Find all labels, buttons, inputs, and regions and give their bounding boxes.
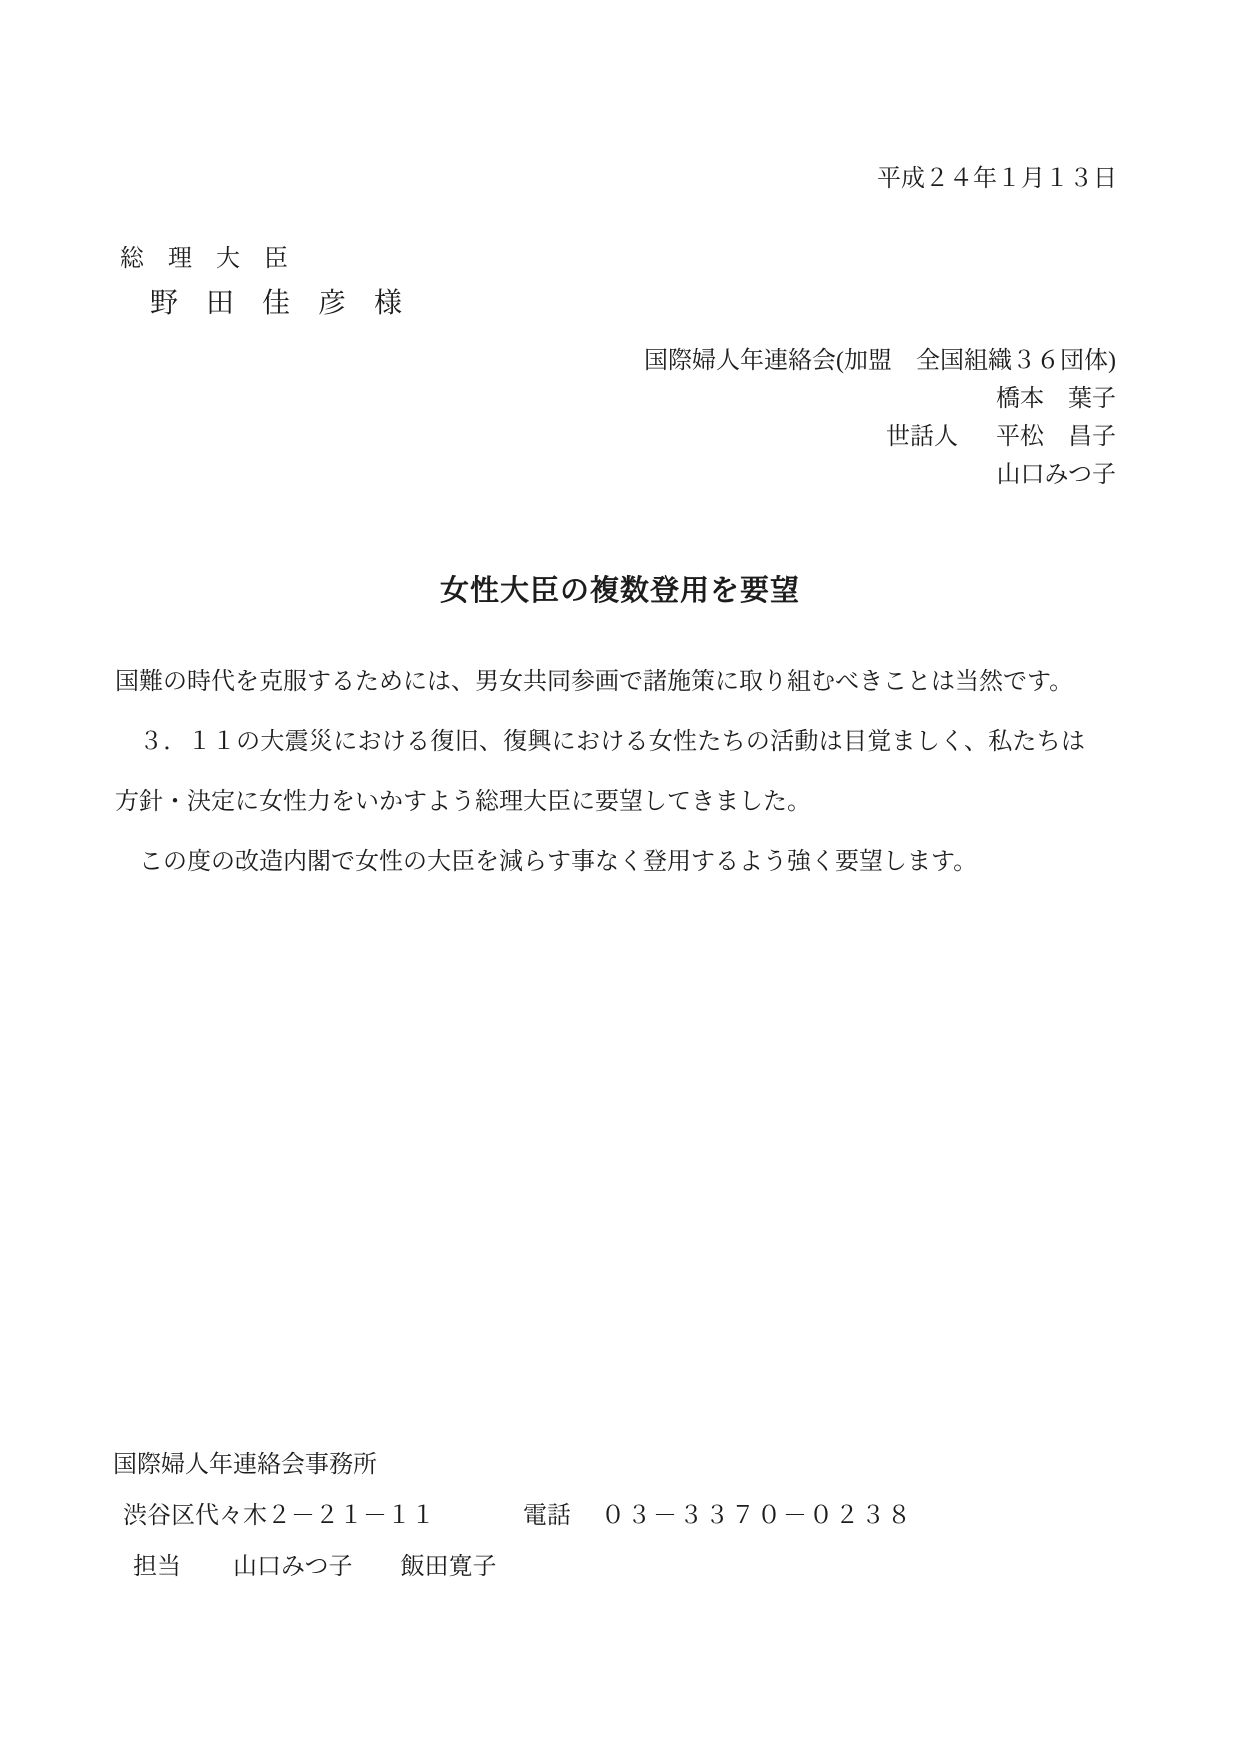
sender-row: 山口みつ子: [644, 456, 1116, 494]
addressee-block: 総 理 大 臣 野 田 佳 彦 様: [120, 238, 402, 321]
phone-label: 電話: [523, 1503, 571, 1529]
date-line: 平成２４年１月１３日: [877, 158, 1117, 193]
body-text: 国難の時代を克服するためには、男女共同参画で諸施策に取り組むべきことは当然です。…: [115, 652, 1085, 892]
footer-block: 国際婦人年連絡会事務所 渋谷区代々木２－２１－１１電話０３－３３７０－０２３８ …: [113, 1440, 913, 1593]
sender-row: 橋本 葉子: [644, 380, 1116, 418]
sender-organization: 国際婦人年連絡会(加盟 全国組織３６団体): [644, 342, 1116, 380]
footer-address-line: 渋谷区代々木２－２１－１１電話０３－３３７０－０２３８: [123, 1491, 913, 1542]
footer-contact-line: 担当山口みつ子飯田寛子: [133, 1542, 913, 1593]
sender-block: 国際婦人年連絡会(加盟 全国組織３６団体) 橋本 葉子 世話人平松 昌子 山口み…: [644, 342, 1116, 494]
contact-name: 飯田寛子: [401, 1554, 497, 1580]
sender-row: 世話人平松 昌子: [644, 418, 1116, 456]
body-paragraph: 国難の時代を克服するためには、男女共同参画で諸施策に取り組むべきことは当然です。: [115, 652, 1085, 712]
footer-address: 渋谷区代々木２－２１－１１: [123, 1503, 435, 1529]
document-title: 女性大臣の複数登用を要望: [0, 568, 1240, 609]
sender-name: 山口みつ子: [996, 462, 1116, 488]
sender-name: 平松 昌子: [996, 424, 1116, 450]
body-paragraph: この度の改造内閣で女性の大臣を減らす事なく登用するよう強く要望します。: [115, 832, 1085, 892]
contact-name: 山口みつ子: [233, 1554, 353, 1580]
body-paragraph: ３．１１の大震災における復旧、復興における女性たちの活動は目覚ましく、私たちは方…: [115, 712, 1085, 832]
phone-number: ０３－３３７０－０２３８: [601, 1503, 913, 1529]
addressee-name: 野 田 佳 彦 様: [150, 281, 402, 321]
sender-role: 世話人: [886, 424, 958, 450]
contact-label: 担当: [133, 1554, 181, 1580]
footer-office: 国際婦人年連絡会事務所: [113, 1440, 913, 1491]
letter-page: 平成２４年１月１３日 総 理 大 臣 野 田 佳 彦 様 国際婦人年連絡会(加盟…: [0, 0, 1240, 1754]
sender-name: 橋本 葉子: [996, 386, 1116, 412]
addressee-title: 総 理 大 臣: [120, 238, 402, 273]
